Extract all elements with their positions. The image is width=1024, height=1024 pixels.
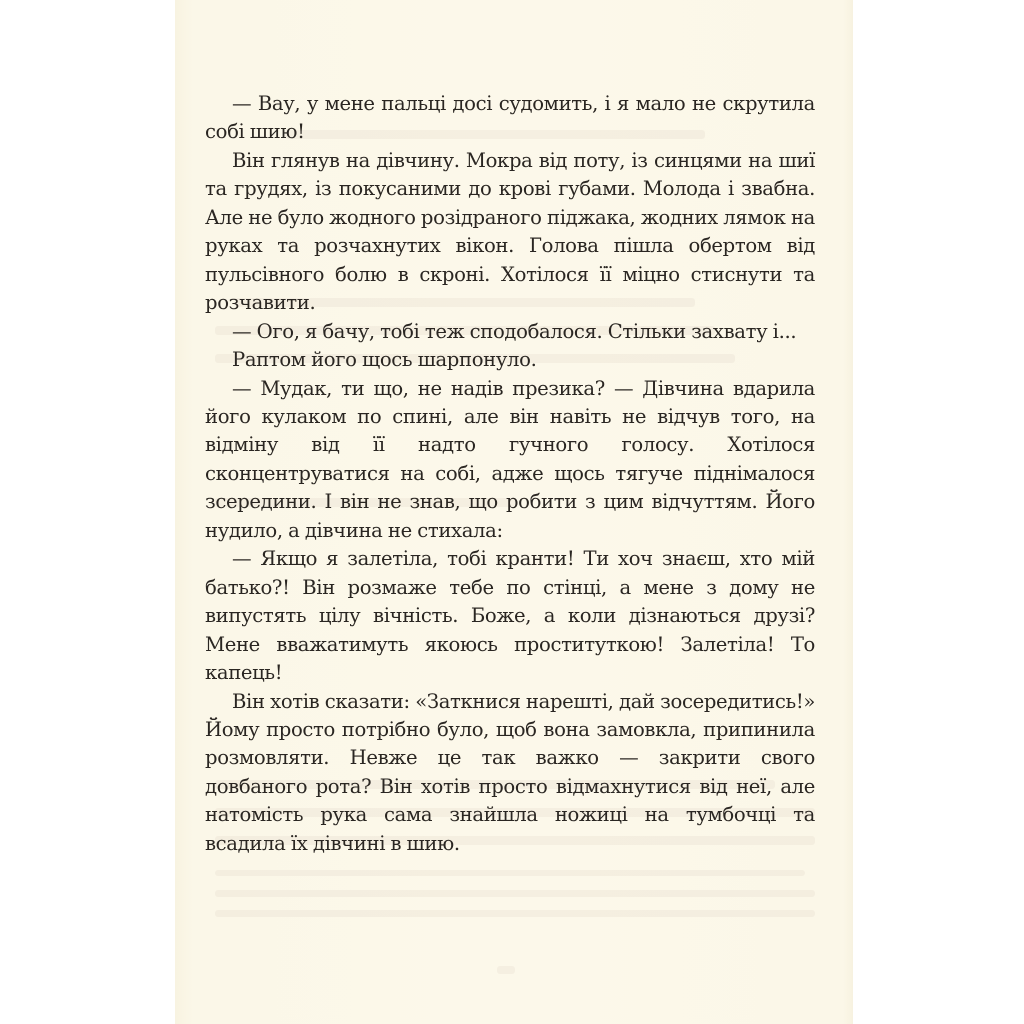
paragraph: Він глянув на дівчину. Мокра від поту, і… [205, 147, 815, 318]
paragraph: Він хотів сказати: «Заткнися нарешті, да… [205, 688, 815, 859]
paragraph: — Мудак, ти що, не надів презика? — Дівч… [205, 375, 815, 546]
paragraph: — Ого, я бачу, тобі теж сподобалося. Сті… [205, 318, 815, 346]
bleed-through-line [215, 890, 815, 897]
paragraph: — Вау, у мене пальці досі судомить, і я … [205, 90, 815, 147]
paragraph: — Якщо я залетіла, тобі кранти! Ти хоч з… [205, 545, 815, 687]
body-text: — Вау, у мене пальці досі судомить, і я … [205, 90, 815, 858]
bleed-through-page-number [497, 966, 515, 974]
book-page: — Вау, у мене пальці досі судомить, і я … [175, 0, 853, 1024]
bleed-through-line [215, 870, 805, 876]
paragraph: Раптом його щось шарпонуло. [205, 346, 815, 374]
bleed-through-line [215, 910, 815, 917]
scan-canvas: — Вау, у мене пальці досі судомить, і я … [0, 0, 1024, 1024]
